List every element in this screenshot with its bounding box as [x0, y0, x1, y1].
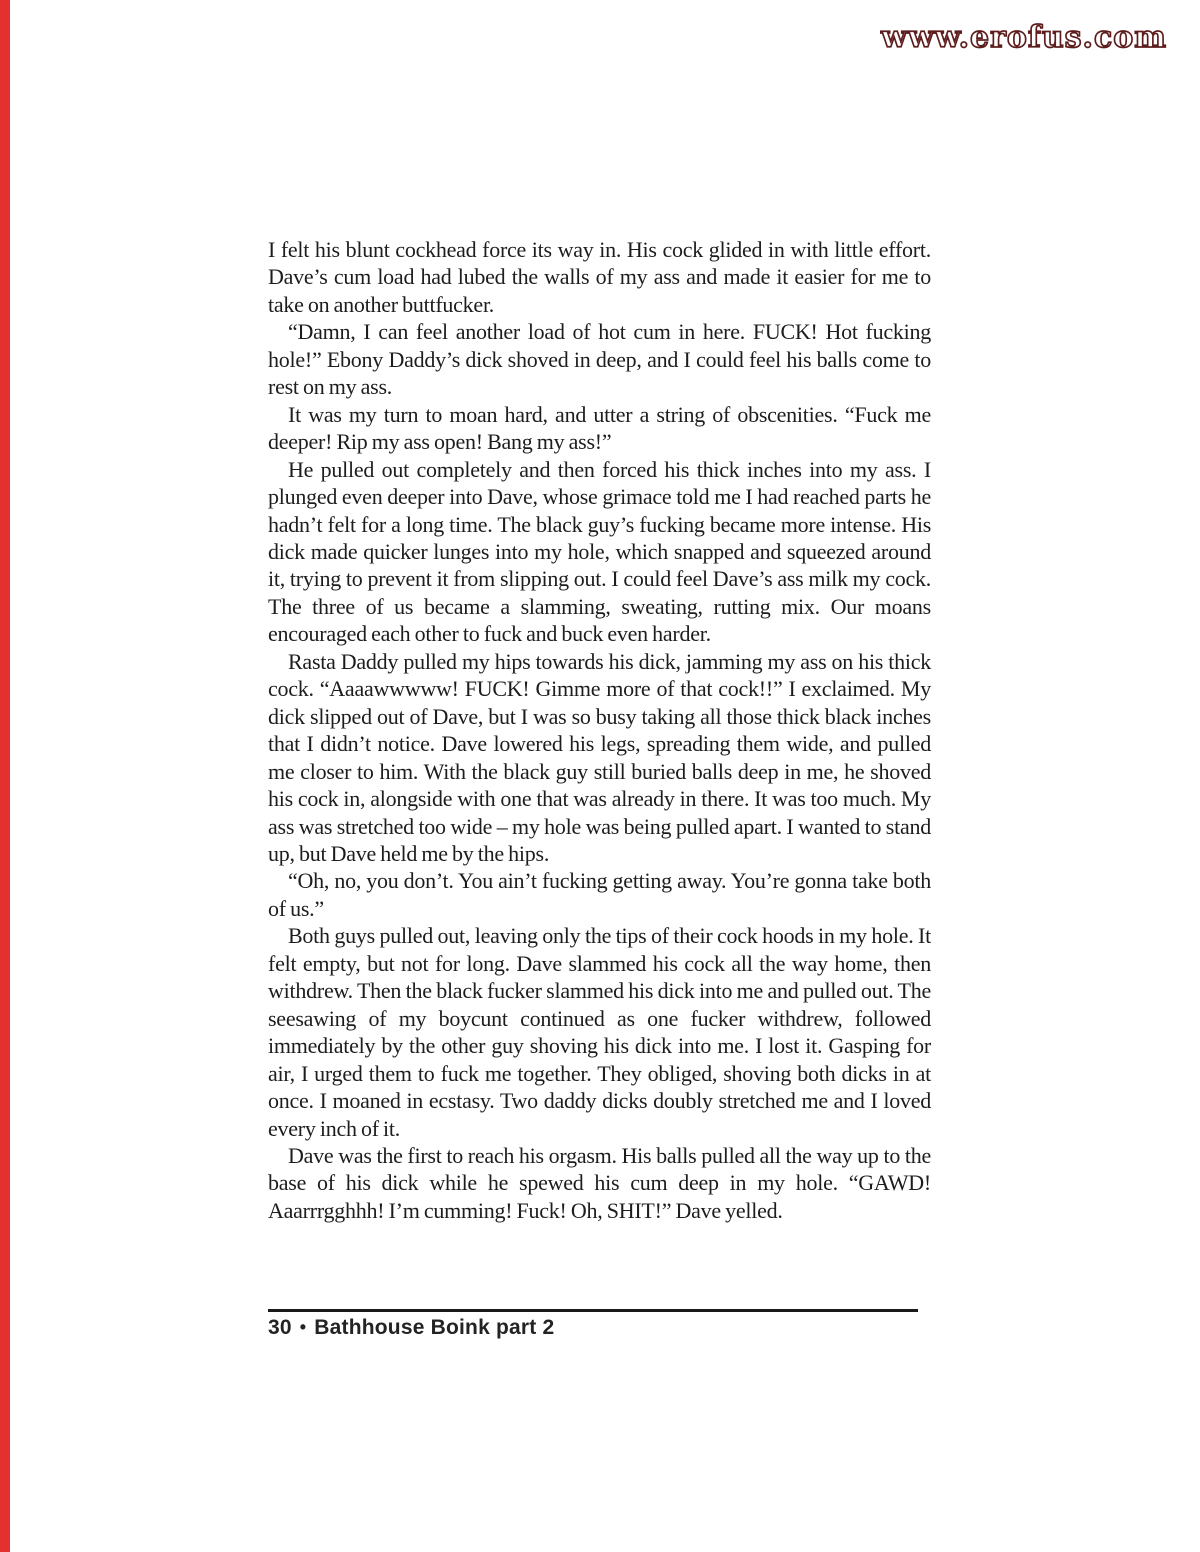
body-paragraph: “Oh, no, you don’t. You ain’t fucking ge… [268, 867, 931, 922]
body-paragraph: He pulled out completely and then forced… [268, 456, 931, 648]
left-edge-accent-bar [0, 0, 10, 1552]
body-paragraph: I felt his blunt cockhead force its way … [268, 236, 931, 318]
body-paragraph: Rasta Daddy pulled my hips towards his d… [268, 648, 931, 868]
body-paragraph: Both guys pulled out, leaving only the t… [268, 922, 931, 1142]
watermark-url: www.erofus.com [881, 20, 1167, 55]
body-text: I felt his blunt cockhead force its way … [268, 236, 931, 1224]
book-title: Bathhouse Boink part 2 [314, 1316, 554, 1339]
page-scan: www.erofus.com I felt his blunt cockhead… [0, 0, 1200, 1552]
page-number: 30 [268, 1316, 292, 1339]
footer-caption: 30•Bathhouse Boink part 2 [268, 1316, 554, 1340]
body-paragraph: “Damn, I can feel another load of hot cu… [268, 318, 931, 400]
body-paragraph: It was my turn to moan hard, and utter a… [268, 401, 931, 456]
footer-rule [268, 1309, 918, 1312]
body-paragraph: Dave was the first to reach his orgasm. … [268, 1142, 931, 1224]
footer-bullet: • [300, 1317, 307, 1338]
